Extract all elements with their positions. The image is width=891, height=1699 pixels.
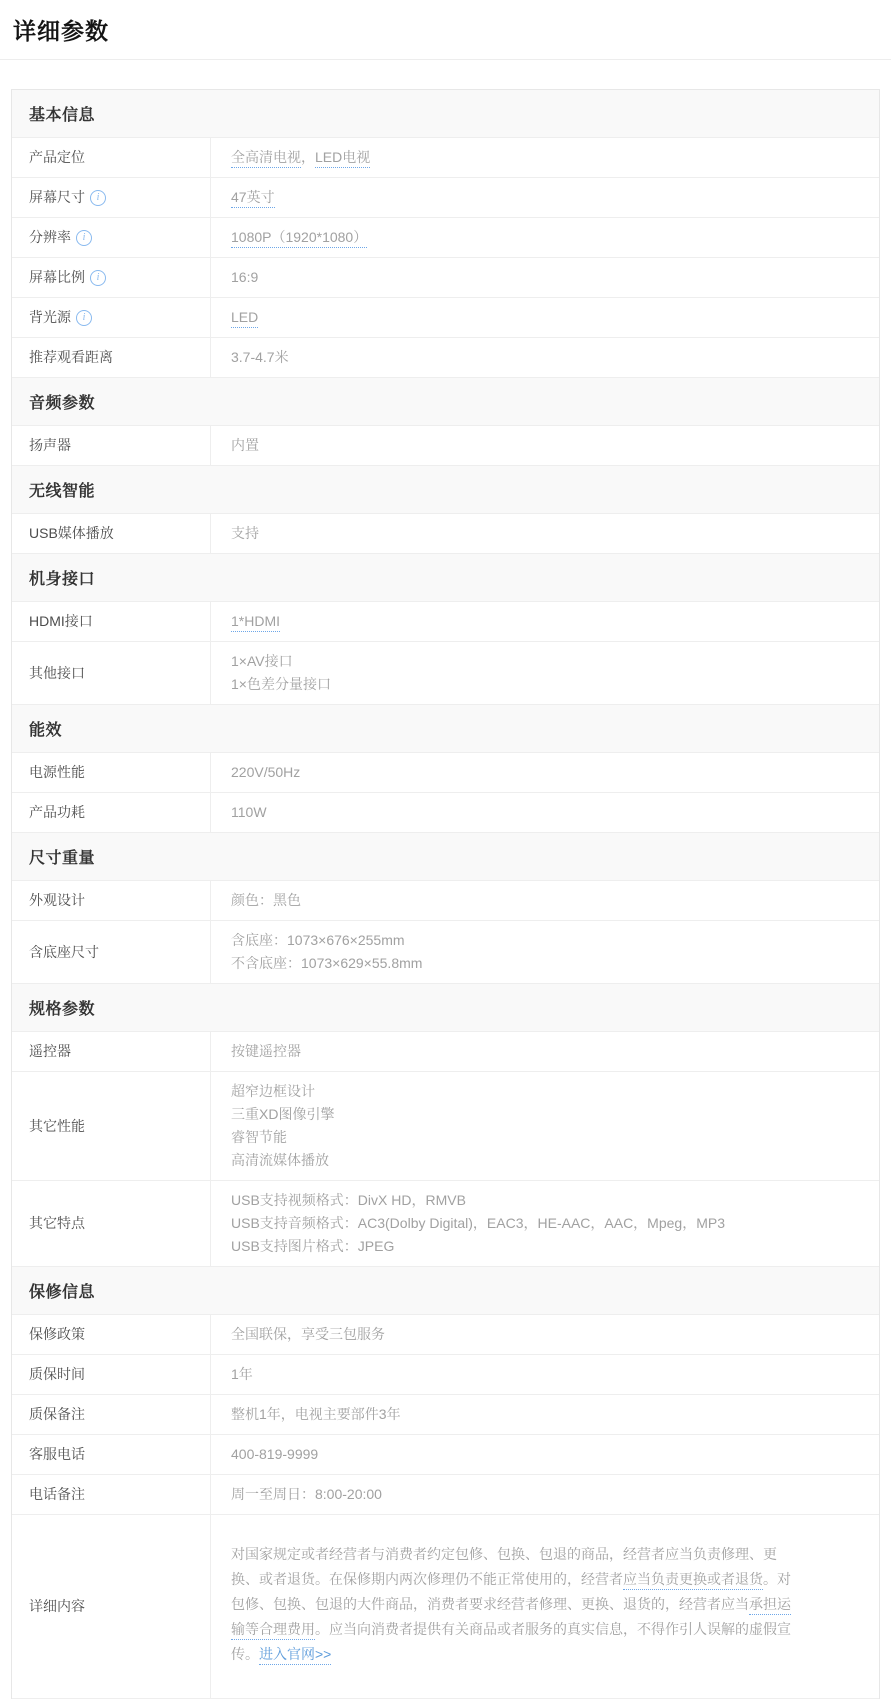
spec-label: 推荐观看距离	[12, 338, 211, 377]
value-text: 1×色差分量接口	[231, 676, 331, 692]
spec-value: 支持	[211, 514, 879, 553]
spec-label: 分辨率 i	[12, 218, 211, 257]
spec-value: 全高清电视，LED电视	[211, 138, 879, 177]
value-line: 3.7-4.7米	[231, 346, 799, 369]
value-text: ，	[301, 149, 315, 165]
section-header: 能效	[12, 705, 879, 753]
value-line: 不含底座：1073×629×55.8mm	[231, 952, 799, 975]
title-divider	[0, 59, 891, 60]
value-text: 220V/50Hz	[231, 764, 300, 780]
value-line: 内置	[231, 434, 799, 457]
spec-label: 外观设计	[12, 881, 211, 920]
value-text: 周一至周日：8:00-20:00	[231, 1486, 382, 1502]
spec-label: 屏幕尺寸 i	[12, 178, 211, 217]
value-line: 三重XD图像引擎	[231, 1103, 799, 1126]
section-header: 音频参数	[12, 378, 879, 426]
table-row: 客服电话 400-819-9999	[12, 1435, 879, 1475]
value-line: 全高清电视，LED电视	[231, 146, 799, 169]
spec-page: { "page": { "title": "详细参数" }, "colors":…	[0, 0, 891, 1699]
spec-label-text: 保修政策	[29, 1323, 85, 1346]
spec-value: 110W	[211, 793, 879, 832]
spec-label-text: 电源性能	[29, 761, 85, 784]
value-text: 含底座：1073×676×255mm	[231, 932, 405, 948]
spec-value: LED	[211, 298, 879, 337]
value-text: 1×AV接口	[231, 653, 293, 669]
section-header: 保修信息	[12, 1267, 879, 1315]
value-text: 睿智节能	[231, 1129, 287, 1145]
spec-label: 电源性能	[12, 753, 211, 792]
spec-table: 基本信息 产品定位 全高清电视，LED电视 屏幕尺寸 i 47英寸 分辨率 i …	[11, 89, 880, 1699]
value-text: 1年	[231, 1366, 253, 1382]
spec-label: HDMI接口	[12, 602, 211, 641]
spec-label-text: 外观设计	[29, 889, 85, 912]
term-link[interactable]: 47英寸	[231, 189, 275, 208]
spec-label: 其他接口	[12, 642, 211, 704]
value-text: 颜色：黑色	[231, 892, 301, 908]
value-line: 支持	[231, 522, 799, 545]
value-text: 3.7-4.7米	[231, 349, 289, 365]
table-row: HDMI接口 1*HDMI	[12, 602, 879, 642]
spec-value: 超窄边框设计三重XD图像引擎睿智节能高清流媒体播放	[211, 1072, 879, 1180]
table-row: 背光源 i LED	[12, 298, 879, 338]
table-row: 其它特点 USB支持视频格式：DivX HD，RMVBUSB支持音频格式：AC3…	[12, 1181, 879, 1267]
value-line: USB支持图片格式：JPEG	[231, 1235, 799, 1258]
value-line: 1×AV接口	[231, 650, 799, 673]
table-row: USB媒体播放 支持	[12, 514, 879, 554]
value-text: USB支持视频格式：DivX HD，RMVB	[231, 1192, 466, 1208]
value-line: USB支持视频格式：DivX HD，RMVB	[231, 1189, 799, 1212]
section-title: 音频参数	[29, 395, 95, 412]
info-icon[interactable]: i	[90, 270, 106, 286]
spec-label-text: 其它性能	[29, 1115, 85, 1138]
table-row: 质保时间 1年	[12, 1355, 879, 1395]
section-header: 基本信息	[12, 90, 879, 138]
value-line: 1*HDMI	[231, 610, 799, 633]
table-row: 其它性能 超窄边框设计三重XD图像引擎睿智节能高清流媒体播放	[12, 1072, 879, 1181]
spec-value: 400-819-9999	[211, 1435, 879, 1474]
value-line: LED	[231, 306, 799, 329]
spec-label: 扬声器	[12, 426, 211, 465]
table-row: 保修政策 全国联保，享受三包服务	[12, 1315, 879, 1355]
spec-value: 颜色：黑色	[211, 881, 879, 920]
spec-value: 3.7-4.7米	[211, 338, 879, 377]
value-line: 周一至周日：8:00-20:00	[231, 1483, 799, 1506]
info-icon[interactable]: i	[90, 190, 106, 206]
spec-label: 其它性能	[12, 1072, 211, 1180]
spec-label-text: 分辨率	[29, 226, 71, 249]
section-title: 尺寸重量	[29, 850, 95, 867]
term-link[interactable]: LED电视	[315, 149, 370, 168]
spec-label: 背光源 i	[12, 298, 211, 337]
spec-label-text: 产品功耗	[29, 801, 85, 824]
section-title: 基本信息	[29, 107, 95, 124]
value-line: 超窄边框设计	[231, 1080, 799, 1103]
spec-value: 含底座：1073×676×255mm不含底座：1073×629×55.8mm	[211, 921, 879, 983]
table-row: 含底座尺寸 含底座：1073×676×255mm不含底座：1073×629×55…	[12, 921, 879, 984]
value-text: 400-819-9999	[231, 1446, 318, 1462]
spec-value: 220V/50Hz	[211, 753, 879, 792]
section-title: 能效	[29, 722, 62, 739]
table-row: 详细内容 对国家规定或者经营者与消费者约定包修、包换、包退的商品，经营者应当负责…	[12, 1515, 879, 1699]
value-text: USB支持图片格式：JPEG	[231, 1238, 394, 1254]
spec-label: 详细内容	[12, 1515, 211, 1698]
spec-label-text: 电话备注	[29, 1483, 85, 1506]
spec-label-text: 其它特点	[29, 1212, 85, 1235]
spec-value: 16:9	[211, 258, 879, 297]
value-line: USB支持音频格式：AC3(Dolby Digital)，EAC3，HE-AAC…	[231, 1212, 799, 1235]
value-text: USB支持音频格式：AC3(Dolby Digital)，EAC3，HE-AAC…	[231, 1215, 725, 1231]
value-line: 47英寸	[231, 186, 799, 209]
spec-value: 对国家规定或者经营者与消费者约定包修、包换、包退的商品，经营者应当负责修理、更换…	[211, 1515, 879, 1698]
spec-label-text: 屏幕比例	[29, 266, 85, 289]
table-row: 外观设计 颜色：黑色	[12, 881, 879, 921]
spec-label: 其它特点	[12, 1181, 211, 1266]
value-line: 400-819-9999	[231, 1443, 799, 1466]
spec-value: 全国联保，享受三包服务	[211, 1315, 879, 1354]
value-line: 1年	[231, 1363, 799, 1386]
spec-label: 含底座尺寸	[12, 921, 211, 983]
value-line: 220V/50Hz	[231, 761, 799, 784]
value-text: 110W	[231, 804, 267, 820]
value-line: 颜色：黑色	[231, 889, 799, 912]
spec-value: 1*HDMI	[211, 602, 879, 641]
spec-value: 按键遥控器	[211, 1032, 879, 1071]
value-text: 全国联保，享受三包服务	[231, 1326, 385, 1342]
section-title: 保修信息	[29, 1284, 95, 1301]
spec-label-text: 客服电话	[29, 1443, 85, 1466]
table-row: 扬声器 内置	[12, 426, 879, 466]
spec-label: 客服电话	[12, 1435, 211, 1474]
term-link[interactable]: 1080P（1920*1080）	[231, 229, 367, 248]
value-line: 含底座：1073×676×255mm	[231, 929, 799, 952]
section-header: 尺寸重量	[12, 833, 879, 881]
table-row: 电话备注 周一至周日：8:00-20:00	[12, 1475, 879, 1515]
table-row: 质保备注 整机1年，电视主要部件3年	[12, 1395, 879, 1435]
term-link[interactable]: 应当负责更换或者退货	[623, 1571, 763, 1590]
spec-label: 电话备注	[12, 1475, 211, 1514]
spec-label: 屏幕比例 i	[12, 258, 211, 297]
info-icon[interactable]: i	[76, 310, 92, 326]
section-title: 规格参数	[29, 1001, 95, 1018]
spec-label: USB媒体播放	[12, 514, 211, 553]
spec-value: 内置	[211, 426, 879, 465]
spec-label-text: 产品定位	[29, 146, 85, 169]
spec-label: 遥控器	[12, 1032, 211, 1071]
value-text: 支持	[231, 525, 259, 541]
value-text: 三重XD图像引擎	[231, 1106, 334, 1122]
spec-label: 产品定位	[12, 138, 211, 177]
spec-label-text: 背光源	[29, 306, 71, 329]
spec-label-text: 质保备注	[29, 1403, 85, 1426]
spec-label-text: 质保时间	[29, 1363, 85, 1386]
value-line: 110W	[231, 801, 799, 824]
spec-label-text: 屏幕尺寸	[29, 186, 85, 209]
spec-label-text: 其他接口	[29, 662, 85, 685]
value-text: 超窄边框设计	[231, 1083, 315, 1099]
term-link[interactable]: 全高清电视	[231, 149, 301, 168]
table-row: 产品定位 全高清电视，LED电视	[12, 138, 879, 178]
table-row: 推荐观看距离 3.7-4.7米	[12, 338, 879, 378]
table-row: 屏幕尺寸 i 47英寸	[12, 178, 879, 218]
value-line: 睿智节能	[231, 1126, 799, 1149]
value-text: 16:9	[231, 269, 258, 285]
spec-label-text: USB媒体播放	[29, 522, 114, 545]
spec-label-text: 遥控器	[29, 1040, 71, 1063]
section-header: 机身接口	[12, 554, 879, 602]
value-text: 内置	[231, 437, 259, 453]
spec-label: 产品功耗	[12, 793, 211, 832]
value-line: 1×色差分量接口	[231, 673, 799, 696]
value-text: 高清流媒体播放	[231, 1152, 329, 1168]
value-line: 1080P（1920*1080）	[231, 226, 799, 249]
value-line: 对国家规定或者经营者与消费者约定包修、包换、包退的商品，经营者应当负责修理、更换…	[231, 1542, 799, 1667]
table-row: 屏幕比例 i 16:9	[12, 258, 879, 298]
spec-value: 整机1年，电视主要部件3年	[211, 1395, 879, 1434]
spec-value: 1080P（1920*1080）	[211, 218, 879, 257]
spec-label-text: 详细内容	[29, 1595, 85, 1618]
section-header: 规格参数	[12, 984, 879, 1032]
spec-label-text: 推荐观看距离	[29, 346, 113, 369]
table-row: 遥控器 按键遥控器	[12, 1032, 879, 1072]
spec-value: USB支持视频格式：DivX HD，RMVBUSB支持音频格式：AC3(Dolb…	[211, 1181, 879, 1266]
value-line: 高清流媒体播放	[231, 1149, 799, 1172]
page-title: 详细参数	[0, 0, 891, 59]
spec-label-text: HDMI接口	[29, 610, 93, 633]
spec-value: 47英寸	[211, 178, 879, 217]
table-row: 分辨率 i 1080P（1920*1080）	[12, 218, 879, 258]
value-line: 整机1年，电视主要部件3年	[231, 1403, 799, 1426]
official-site-link[interactable]: 进入官网>>	[259, 1646, 331, 1665]
spec-value: 1×AV接口1×色差分量接口	[211, 642, 879, 704]
value-line: 16:9	[231, 266, 799, 289]
term-link[interactable]: 1*HDMI	[231, 613, 280, 632]
value-line: 全国联保，享受三包服务	[231, 1323, 799, 1346]
spec-label-text: 含底座尺寸	[29, 941, 99, 964]
section-header: 无线智能	[12, 466, 879, 514]
spec-label: 质保时间	[12, 1355, 211, 1394]
spec-label: 质保备注	[12, 1395, 211, 1434]
spec-label-text: 扬声器	[29, 434, 71, 457]
spec-value: 周一至周日：8:00-20:00	[211, 1475, 879, 1514]
table-row: 产品功耗 110W	[12, 793, 879, 833]
spec-label: 保修政策	[12, 1315, 211, 1354]
term-link[interactable]: LED	[231, 309, 258, 328]
value-text: 整机1年，电视主要部件3年	[231, 1406, 401, 1422]
value-text: 不含底座：1073×629×55.8mm	[231, 955, 422, 971]
section-title: 机身接口	[29, 571, 95, 588]
table-row: 电源性能 220V/50Hz	[12, 753, 879, 793]
spec-value: 1年	[211, 1355, 879, 1394]
section-title: 无线智能	[29, 483, 95, 500]
value-line: 按键遥控器	[231, 1040, 799, 1063]
value-text: 按键遥控器	[231, 1043, 301, 1059]
info-icon[interactable]: i	[76, 230, 92, 246]
table-row: 其他接口 1×AV接口1×色差分量接口	[12, 642, 879, 705]
